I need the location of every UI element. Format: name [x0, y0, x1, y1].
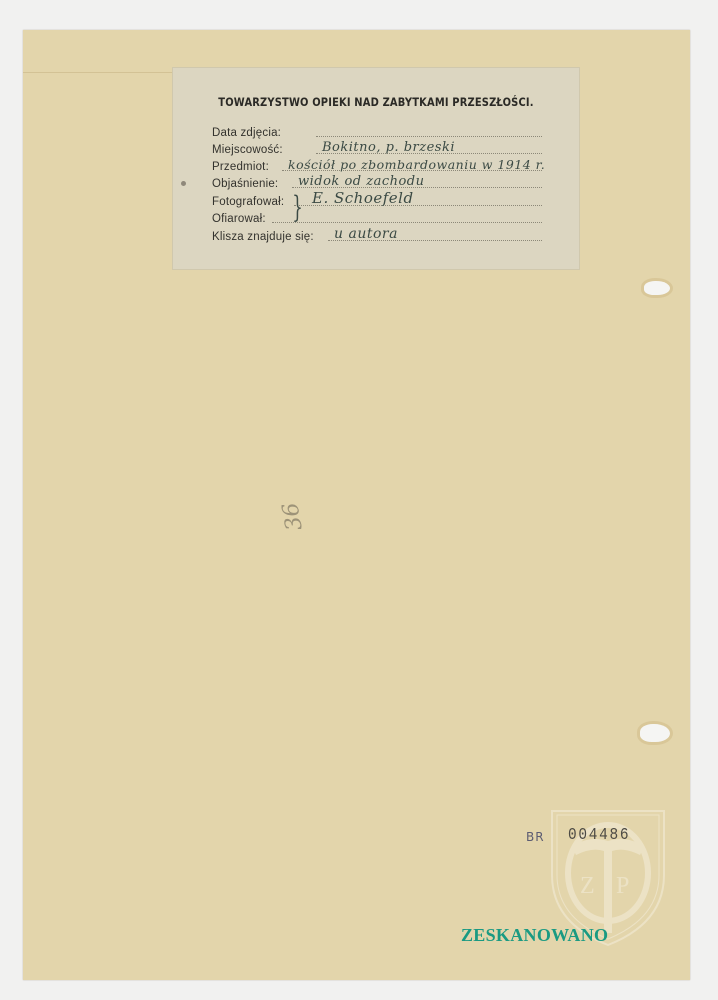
- ink-dot-mark: [181, 181, 186, 186]
- field-label: Objaśnienie:: [212, 178, 278, 190]
- paper-crease: [23, 72, 172, 73]
- dotted-line: [272, 222, 542, 223]
- field-value: kościół po zbombardowaniu w 1914 r.: [288, 157, 545, 172]
- pencil-annotation: 36: [278, 501, 307, 533]
- handwritten-brace: }: [292, 193, 303, 223]
- dotted-line: [316, 136, 542, 137]
- field-negative-location: Klisza znajduje się: u autora: [212, 226, 542, 243]
- field-label: Fotografował:: [212, 196, 284, 208]
- field-label: Miejscowość:: [212, 144, 283, 156]
- field-value: widok od zachodu: [298, 174, 425, 189]
- field-photographed-by: Fotografował: E. Schoefeld: [212, 191, 542, 208]
- svg-text:Z: Z: [580, 873, 595, 899]
- reference-prefix: BR: [526, 830, 545, 844]
- field-locality: Miejscowość: Bokitno, p. brzeski: [212, 139, 542, 156]
- field-photo-date: Data zdjęcia:: [212, 122, 542, 139]
- field-explanation: Objaśnienie: widok od zachodu: [212, 173, 542, 190]
- svg-text:P: P: [616, 873, 629, 899]
- reference-number: 004486: [568, 826, 630, 845]
- society-title: TOWARZYSTWO OPIEKI NAD ZABYTKAMI PRZESZŁ…: [201, 95, 552, 109]
- catalog-label-card: TOWARZYSTWO OPIEKI NAD ZABYTKAMI PRZESZŁ…: [172, 67, 580, 270]
- scanned-stamp: ZESKANOWANO: [461, 925, 608, 946]
- field-label: Przedmiot:: [212, 161, 269, 173]
- field-subject: Przedmiot: kościół po zbombardowaniu w 1…: [212, 156, 542, 173]
- field-value: E. Schoefeld: [312, 189, 414, 207]
- punch-hole-bottom: [640, 724, 670, 742]
- field-label: Ofiarował:: [212, 213, 266, 225]
- field-label: Data zdjęcia:: [212, 127, 281, 139]
- punch-hole-top: [644, 281, 670, 295]
- field-donated-by: Ofiarował:: [212, 208, 542, 225]
- field-value: Bokitno, p. brzeski: [322, 140, 455, 155]
- field-label: Klisza znajduje się:: [212, 231, 314, 243]
- field-value: u autora: [334, 226, 398, 242]
